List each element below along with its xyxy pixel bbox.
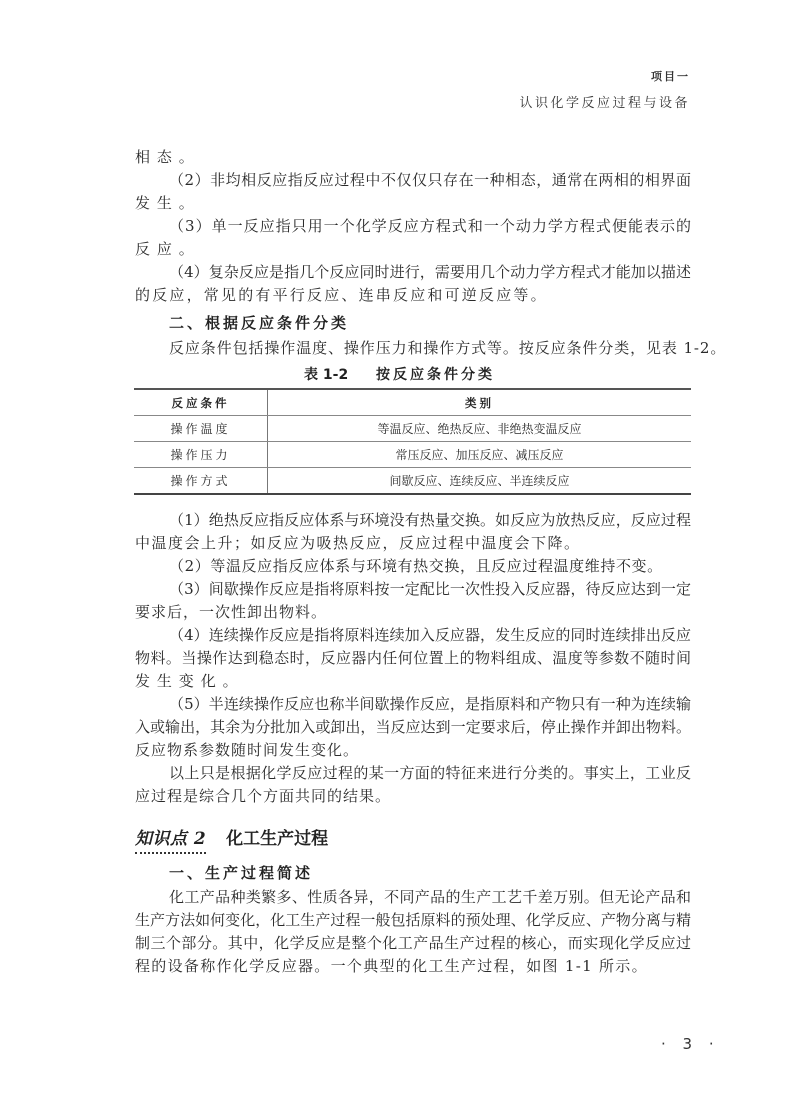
body-line: 发生。: [135, 193, 691, 213]
body-line: （4）复杂反应是指几个反应同时进行，需要用几个动力学方程式才能加以描述: [169, 262, 691, 282]
page-number: · 3 ·: [661, 1035, 720, 1053]
body-line: （1）绝热反应指反应体系与环境没有热量交换。如反应为放热反应，反应过程: [169, 510, 691, 530]
body-line: 相态。: [135, 147, 691, 167]
table-cell: 等温反应、绝热反应、非绝热变温反应: [268, 416, 692, 442]
body-line: 中温度会上升；如反应为吸热反应，反应过程中温度会下降。: [135, 533, 691, 553]
body-line: 物料。当操作达到稳态时，反应器内任何位置上的物料组成、温度等参数不随时间: [135, 648, 691, 668]
table-caption: 表 1-2 按反应条件分类: [0, 364, 799, 384]
section-heading-production: 一、生产过程简述: [169, 862, 313, 883]
knowledge-point-label: 知识点 2: [135, 829, 206, 854]
body-line: （2）等温反应指反应体系与环境有热交换，且反应过程温度维持不变。: [169, 556, 691, 576]
body-line: 要求后，一次性卸出物料。: [135, 602, 691, 622]
knowledge-point-title: 化工生产过程: [226, 829, 328, 849]
body-line: 生产方法如何变化，化工生产过程一般包括原料的预处理、化学反应、产物分离与精: [135, 910, 691, 930]
table-cell: 常压反应、加压反应、减压反应: [268, 442, 692, 468]
body-line: （5）半连续操作反应也称半间歇操作反应，是指原料和产物只有一种为连续输: [169, 694, 691, 714]
body-line: 程的设备称作化学反应器。一个典型的化工生产过程，如图 1-1 所示。: [135, 956, 691, 976]
table-caption-title: 按反应条件分类: [376, 364, 495, 384]
body-line: 制三个部分。其中，化学反应是整个化工产品生产过程的核心，而实现化学反应过: [135, 933, 691, 953]
table-cell: 操作方式: [134, 468, 268, 495]
table-row: 操作压力 常压反应、加压反应、减压反应: [134, 442, 691, 468]
body-line: 以上只是根据化学反应过程的某一方面的特征来进行分类的。事实上，工业反: [169, 763, 691, 783]
body-line: 的反应，常见的有平行反应、连串反应和可逆反应等。: [135, 285, 691, 305]
reaction-conditions-table: 反应条件 类别 操作温度 等温反应、绝热反应、非绝热变温反应 操作压力 常压反应…: [134, 388, 691, 495]
body-line: 化工产品种类繁多、性质各异，不同产品的生产工艺千差万别。但无论产品和: [169, 887, 691, 907]
body-line: 发生变化。: [135, 671, 691, 691]
body-line: （4）连续操作反应是指将原料连续加入反应器，发生反应的同时连续排出反应: [169, 625, 691, 645]
table-caption-number: 表 1-2: [304, 364, 348, 384]
table-header-category: 类别: [268, 389, 692, 416]
table-header-condition: 反应条件: [134, 389, 268, 416]
body-line: 反应。: [135, 239, 691, 259]
knowledge-point-heading: 知识点 2 化工生产过程: [135, 824, 328, 849]
body-line: 入或输出，其余为分批加入或卸出，当反应达到一定要求后，停止操作并卸出物料。: [135, 717, 691, 737]
running-header-title: 认识化学反应过程与设备: [519, 92, 690, 111]
running-header-project: 项目一: [651, 68, 690, 84]
table-cell: 间歇反应、连续反应、半连续反应: [268, 468, 692, 495]
table-cell: 操作压力: [134, 442, 268, 468]
body-line: 反应物系参数随时间发生变化。: [135, 740, 691, 760]
body-line: 应过程是综合几个方面共同的结果。: [135, 786, 691, 806]
table-row: 操作温度 等温反应、绝热反应、非绝热变温反应: [134, 416, 691, 442]
table-cell: 操作温度: [134, 416, 268, 442]
body-line: （3）间歇操作反应是指将原料按一定配比一次性投入反应器，待反应达到一定: [169, 579, 691, 599]
table-row: 操作方式 间歇反应、连续反应、半连续反应: [134, 468, 691, 495]
intro-conditions: 反应条件包括操作温度、操作压力和操作方式等。按反应条件分类，见表 1-2。: [169, 338, 691, 358]
table-header-row: 反应条件 类别: [134, 389, 691, 416]
body-line: （2）非均相反应指反应过程中不仅仅只存在一种相态，通常在两相的相界面: [169, 170, 691, 190]
section-heading-conditions: 二、根据反应条件分类: [169, 312, 349, 333]
body-line: （3）单一反应指只用一个化学反应方程式和一个动力学方程式便能表示的: [169, 216, 691, 236]
